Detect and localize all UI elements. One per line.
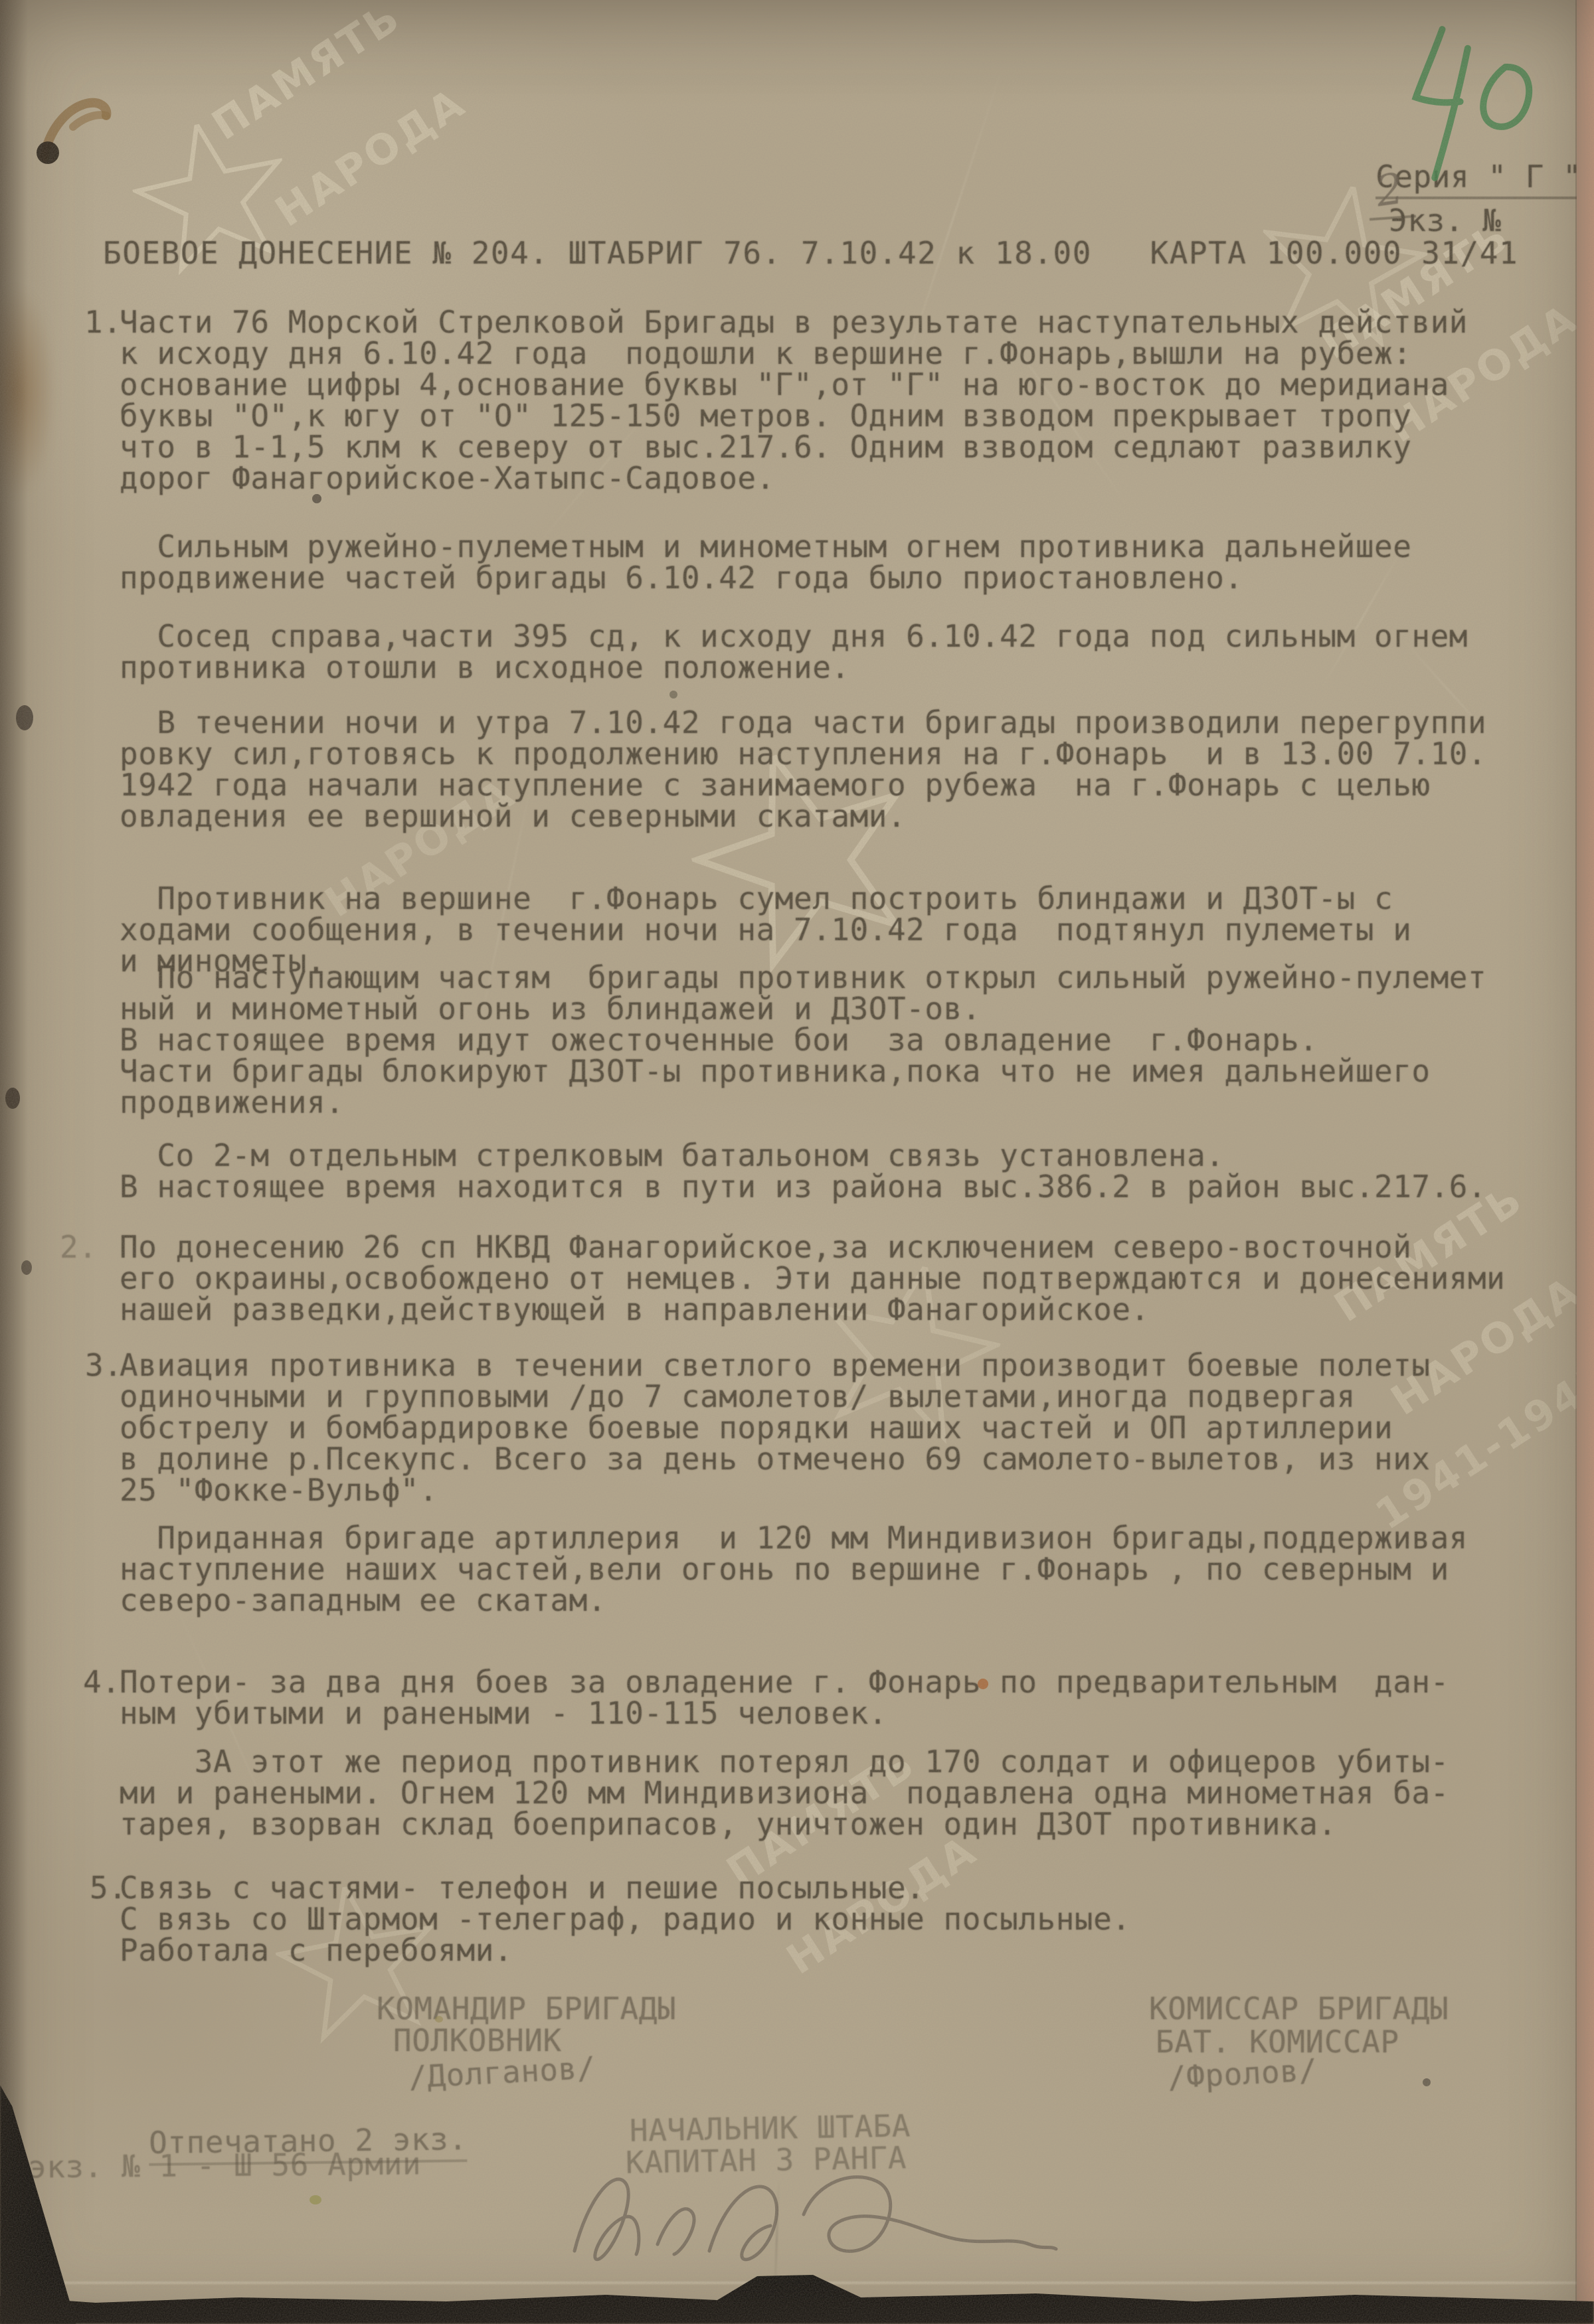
typed-line: овладения ее вершиной и северными скатам… [120,801,1486,832]
typed-line: одиночными и групповыми /до 7 самолетов/… [120,1381,1431,1412]
typed-line: Работала с перебоями. [120,1935,1131,1966]
paragraph-10: Приданная бригаде артиллерия и 120 мм Ми… [120,1523,1468,1616]
paragraph-9: 3.Авиация противника в течении светлого … [120,1350,1431,1506]
typed-line: Противник на вершине г.Фонарь сумел пост… [120,883,1411,914]
typed-line: Приданная бригаде артиллерия и 120 мм Ми… [120,1523,1468,1554]
paper-speck [310,2195,321,2204]
typed-line: обстрелу и бомбардировке боевые порядки … [120,1412,1431,1444]
paper-speck [5,1088,20,1109]
paper-speck [312,494,321,503]
handwritten-signature [551,2151,1076,2291]
commander-rank: ПОЛКОВНИК [393,2025,562,2056]
paragraph-8: 2.По донесению 26 сп НКВД Фанагорийское,… [120,1232,1505,1325]
paragraph-number: 3. [85,1350,122,1381]
paper-speck [21,1260,32,1275]
commander-name: /Долганов/ [408,2052,596,2094]
typed-line: Части бригады блокируют ДЗОТ-ы противник… [120,1056,1486,1087]
commander-title: КОМАНДИР БРИГАДЫ [377,1993,676,2025]
typed-line: ми и ранеными. Огнем 120 мм Миндивизиона… [120,1778,1449,1809]
typed-line: ЗА этот же период противник потерял до 1… [120,1746,1449,1778]
typed-line: северо-западным ее скатам. [120,1585,1468,1616]
typed-line: ный и минометный огонь из блиндажей и ДЗ… [120,993,1486,1025]
paragraph-6: По наступающим частям бригады противник … [120,962,1486,1118]
paper-speck [978,1679,988,1689]
paragraph-number: 1. [84,307,122,338]
typed-text-layer: Серия " Г " Экз. № 2 БОЕВОЕ ДОНЕСЕНИЕ № … [0,0,1594,2324]
paragraph-7: Со 2-м отдельным стрелковым батальоном с… [120,1140,1486,1203]
paragraph-1: 1.Части 76 Морской Стрелковой Бригады в … [120,307,1468,494]
typed-line: С вязь со Штармом -телеграф, радио и кон… [120,1904,1131,1935]
typed-line: продвижение частей бригады 6.10.42 года … [120,562,1411,594]
typed-line: ходами сообщения, в течении ночи на 7.10… [120,914,1411,946]
typed-line: буквы "О",к югу от "О" 125-150 метров. О… [120,400,1468,432]
typed-line: В настоящее время находится в пути из ра… [120,1171,1486,1203]
typed-line: 25 "Фокке-Вульф". [120,1475,1431,1506]
paper-speck [669,691,677,699]
commissar-title: КОМИССАР БРИГАДЫ [1149,1993,1449,2025]
commissar-rank: БАТ. КОМИССАР [1156,2027,1399,2058]
typed-line: По наступающим частям бригады противник … [120,962,1486,993]
typed-line: Связь с частями- телефон и пешие посыльн… [120,1872,1131,1904]
typed-line: нашей разведки,действующей в направлении… [120,1294,1505,1325]
typed-line: В настоящее время идут ожесточенные бои … [120,1025,1486,1056]
document-scan-page: ПАМЯТЬНАРОДАПАМЯТЬНАРОДАПАМЯТЬНАРОДА1941… [0,0,1594,2324]
right-edge-backing [1577,0,1594,2324]
paper-speck [16,705,33,730]
typed-line: 1942 года начали наступление с занимаемо… [120,770,1486,801]
corner-shadow [0,0,173,199]
typed-line: основание цифры 4,основание буквы "Г",от… [120,369,1468,400]
typed-line: Авиация противника в течении светлого вр… [120,1350,1431,1381]
typed-line: ным убитыми и ранеными - 110-115 человек… [120,1698,1449,1729]
handwritten-page-number [1385,23,1544,196]
paragraph-number: 2. [60,1232,97,1263]
typed-line: к исходу дня 6.10.42 года подошли к верш… [120,338,1468,369]
document-title: БОЕВОЕ ДОНЕСЕНИЕ № 204. ШТАБРИГ 76. 7.10… [103,238,1518,269]
paper-speck [1423,2078,1431,2086]
paragraph-13: 5.Связь с частями- телефон и пешие посыл… [120,1872,1131,1966]
typed-line: ровку сил,готовясь к продолжению наступл… [120,738,1486,770]
typed-line: Со 2-м отдельным стрелковым батальоном с… [120,1140,1486,1171]
typed-line: в долине р.Псекупс. Всего за день отмече… [120,1444,1431,1475]
typed-line: Сосед справа,части 395 сд, к исходу дня … [120,621,1468,652]
typed-line: Части 76 Морской Стрелковой Бригады в ре… [120,307,1468,338]
typed-line: Потери- за два дня боев за овладение г. … [120,1667,1449,1698]
paragraph-number: 4. [83,1667,120,1698]
typed-line: наступление наших частей,вели огонь по в… [120,1554,1468,1585]
typed-line: его окраины,освобождено от немцев. Эти д… [120,1263,1505,1294]
paragraph-12: ЗА этот же период противник потерял до 1… [120,1746,1449,1840]
paragraph-2: Сильным ружейно-пулеметным и минометным … [120,531,1411,594]
paragraph-11: 4.Потери- за два дня боев за овладение г… [120,1667,1449,1729]
typed-line: дорог Фанагорийское-Хатыпс-Садовое. [120,463,1468,494]
typed-line: тарея, взорван склад боеприпасов, уничто… [120,1809,1449,1840]
typed-line: что в 1-1,5 клм к северу от выс.217.6. О… [120,432,1468,463]
typed-line: В течении ночи и утра 7.10.42 года части… [120,707,1486,738]
typed-line: противника отошли в исходное положение. [120,652,1468,683]
paragraph-3: Сосед справа,части 395 сд, к исходу дня … [120,621,1468,683]
typed-line: По донесению 26 сп НКВД Фанагорийское,за… [120,1232,1505,1263]
commissar-name: /Фролов/ [1167,2054,1318,2094]
paragraph-4: В течении ночи и утра 7.10.42 года части… [120,707,1486,832]
typed-line: Сильным ружейно-пулеметным и минометным … [120,531,1411,562]
typed-line: продвижения. [120,1087,1486,1118]
copy-distribution-note: экз. № 1 - Ш 56 Армии [28,2148,421,2183]
paper-speck [435,2016,443,2023]
paragraph-number: 5. [90,1872,127,1904]
